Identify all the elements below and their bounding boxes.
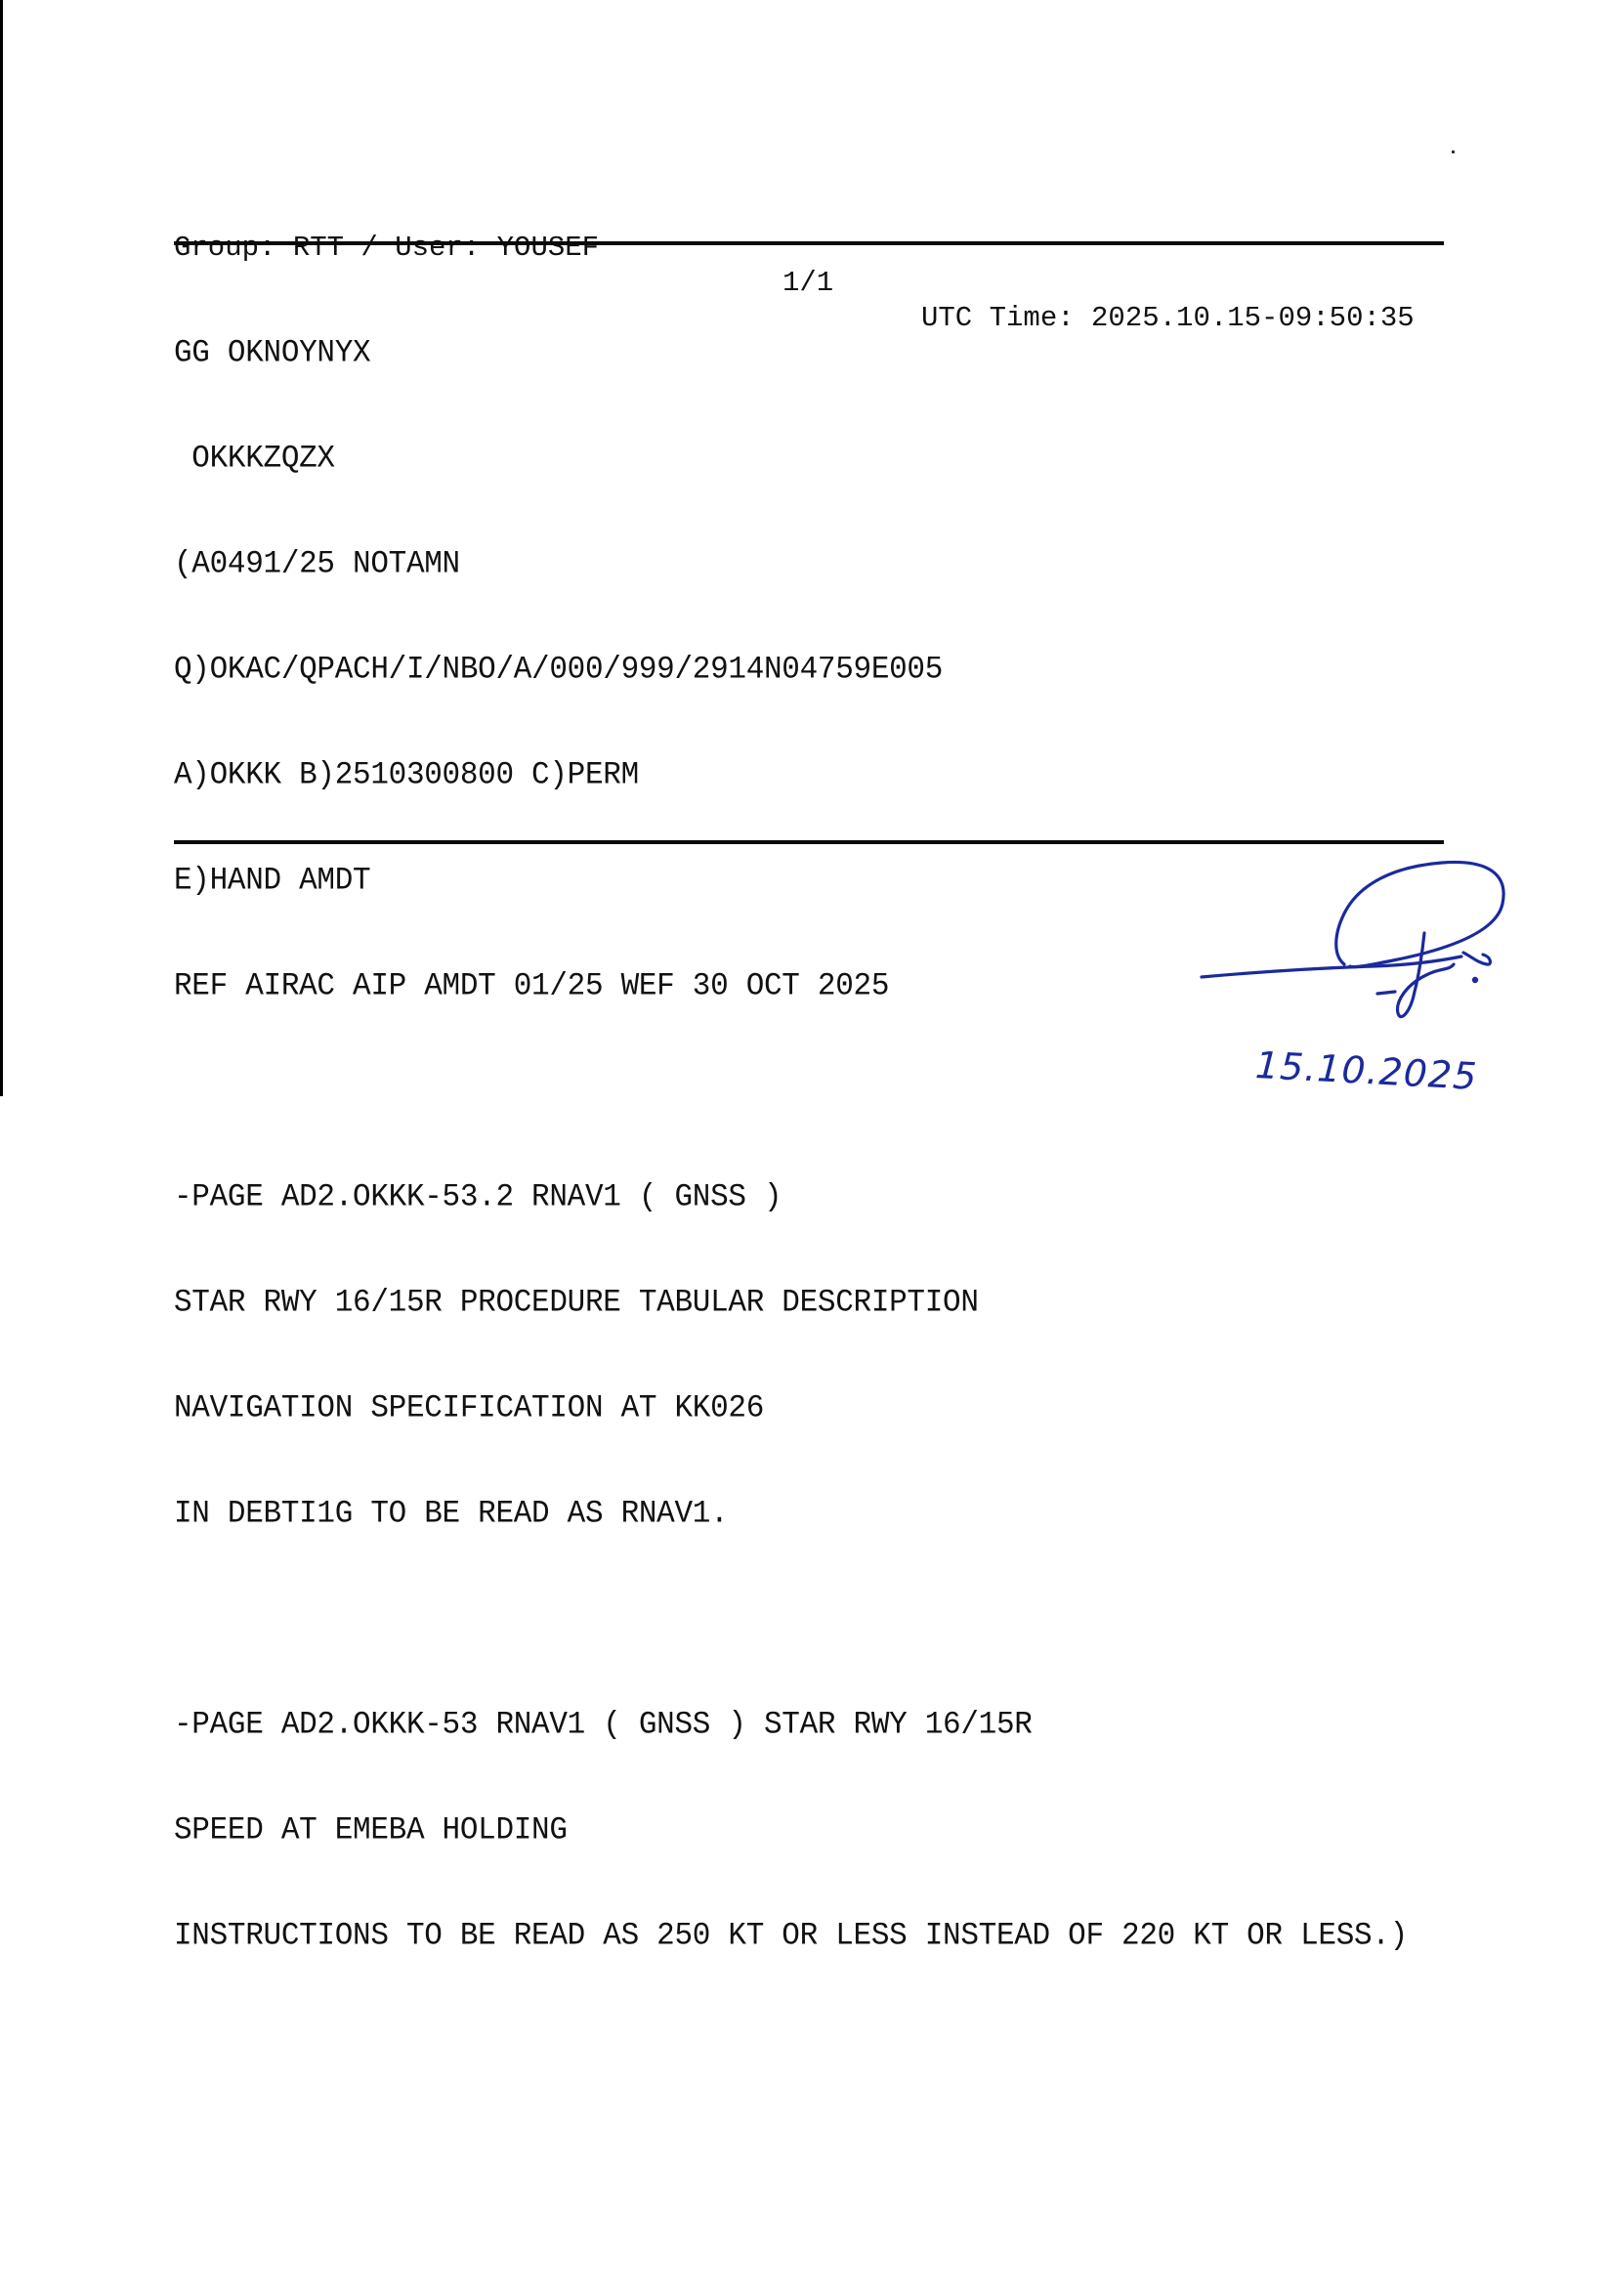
abc-line: A)OKKK B)2510300800 C)PERM — [174, 757, 1463, 794]
q-line: Q)OKAC/QPACH/I/NBO/A/000/999/2914N04759E… — [174, 652, 1463, 689]
blank-line — [174, 1601, 1463, 1638]
amendment-2-line-2: SPEED AT EMEBA HOLDING — [174, 1812, 1463, 1850]
print-header: Group: RTT / User: YOUSEF 1/1 UTC Time: … — [174, 195, 1444, 231]
notam-number-line: (A0491/25 NOTAMN — [174, 546, 1463, 583]
header-divider — [174, 241, 1444, 245]
amendment-2-line-3: INSTRUCTIONS TO BE READ AS 250 KT OR LES… — [174, 1918, 1463, 1955]
group-user-label: Group: RTT / User: YOUSEF — [174, 231, 599, 266]
notam-message: GG OKNOYNYX OKKKZQZX (A0491/25 NOTAMN Q)… — [174, 266, 1463, 2024]
amendment-1-line-4: IN DEBTI1G TO BE READ AS RNAV1. — [174, 1496, 1463, 1533]
address-line-origin: OKKKZQZX — [174, 441, 1463, 478]
signature-icon — [1198, 855, 1530, 1031]
address-line-priority: GG OKNOYNYX — [174, 335, 1463, 372]
scan-speck — [1452, 150, 1455, 153]
amendment-1-line-3: NAVIGATION SPECIFICATION AT KK026 — [174, 1390, 1463, 1427]
amendment-1-line-1: -PAGE AD2.OKKK-53.2 RNAV1 ( GNSS ) — [174, 1179, 1463, 1216]
amendment-2-line-1: -PAGE AD2.OKKK-53 RNAV1 ( GNSS ) STAR RW… — [174, 1707, 1463, 1744]
footer-divider — [174, 840, 1444, 844]
scan-border — [0, 0, 3, 1096]
amendment-1-line-2: STAR RWY 16/15R PROCEDURE TABULAR DESCRI… — [174, 1285, 1463, 1322]
